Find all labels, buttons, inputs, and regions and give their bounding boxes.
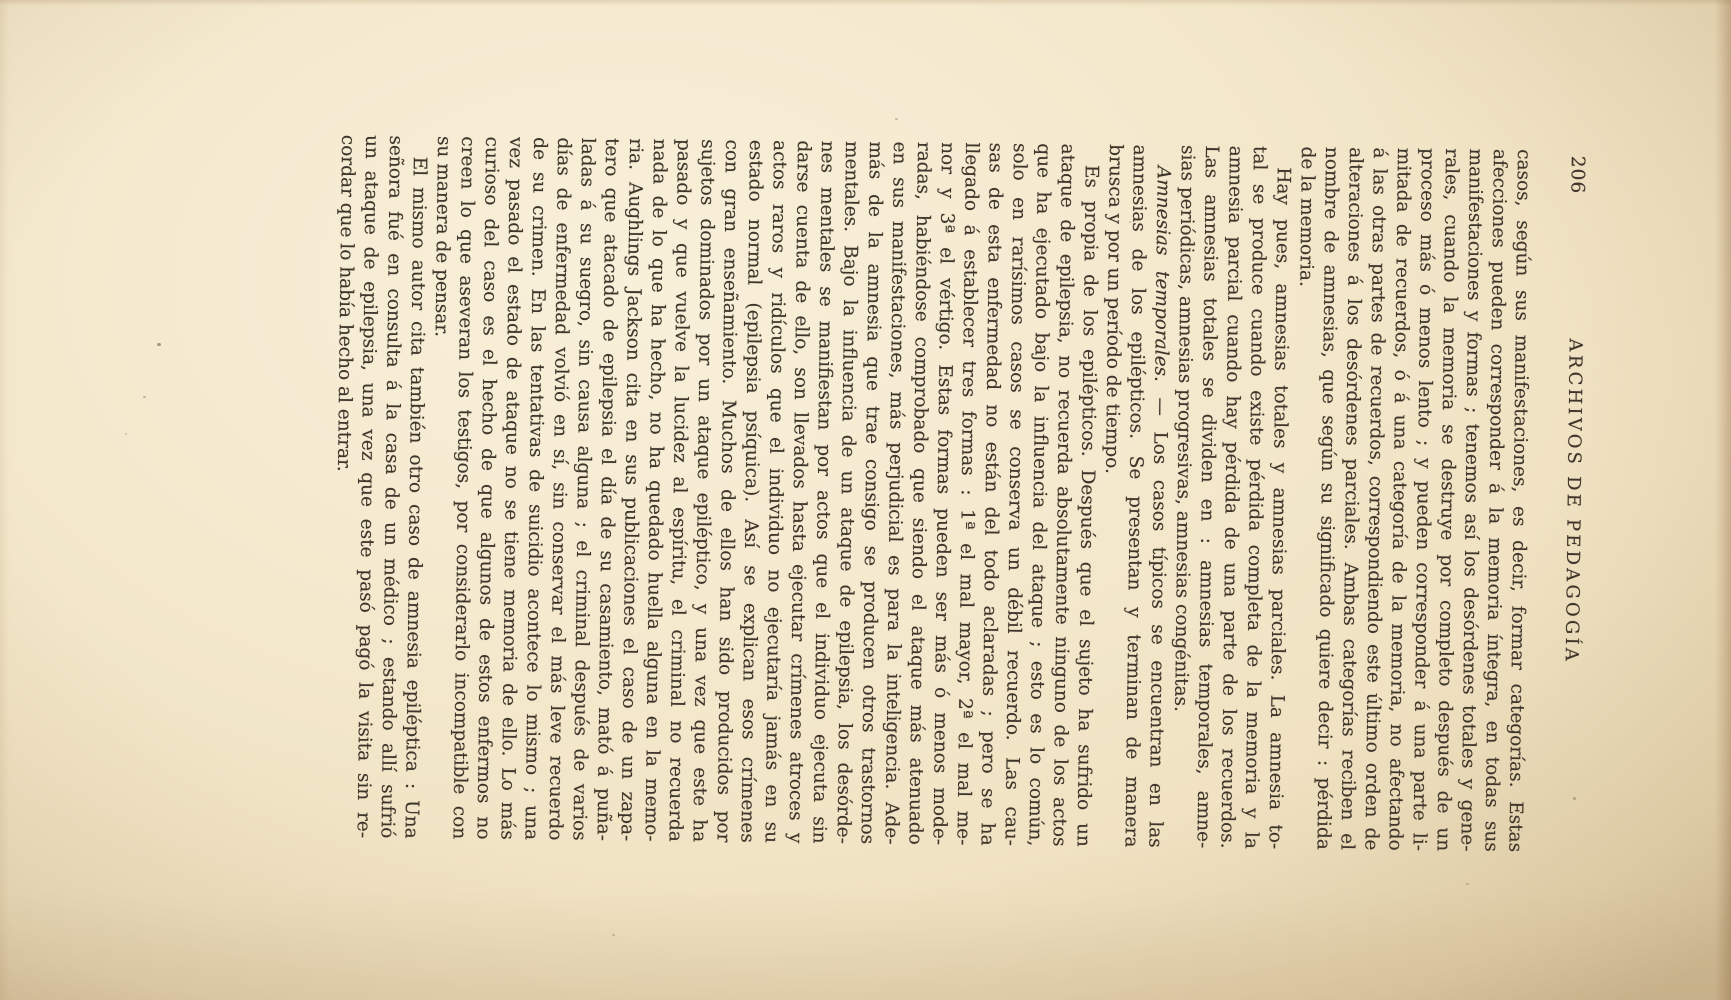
italic-heading: Amnesias temporales. [1150, 166, 1174, 382]
line-text: — Los casos típicos se encuentran en las [1144, 382, 1171, 848]
page-number: 206 [1564, 156, 1588, 195]
rotated-page: 206 ARCHIVOS DE PEDAGOGÍA casos, según s… [327, 135, 1589, 853]
body-text-block: casos, según sus manifestaciones, es dec… [327, 135, 1535, 853]
scan-canvas: 206 ARCHIVOS DE PEDAGOGÍA casos, según s… [0, 0, 1731, 1000]
